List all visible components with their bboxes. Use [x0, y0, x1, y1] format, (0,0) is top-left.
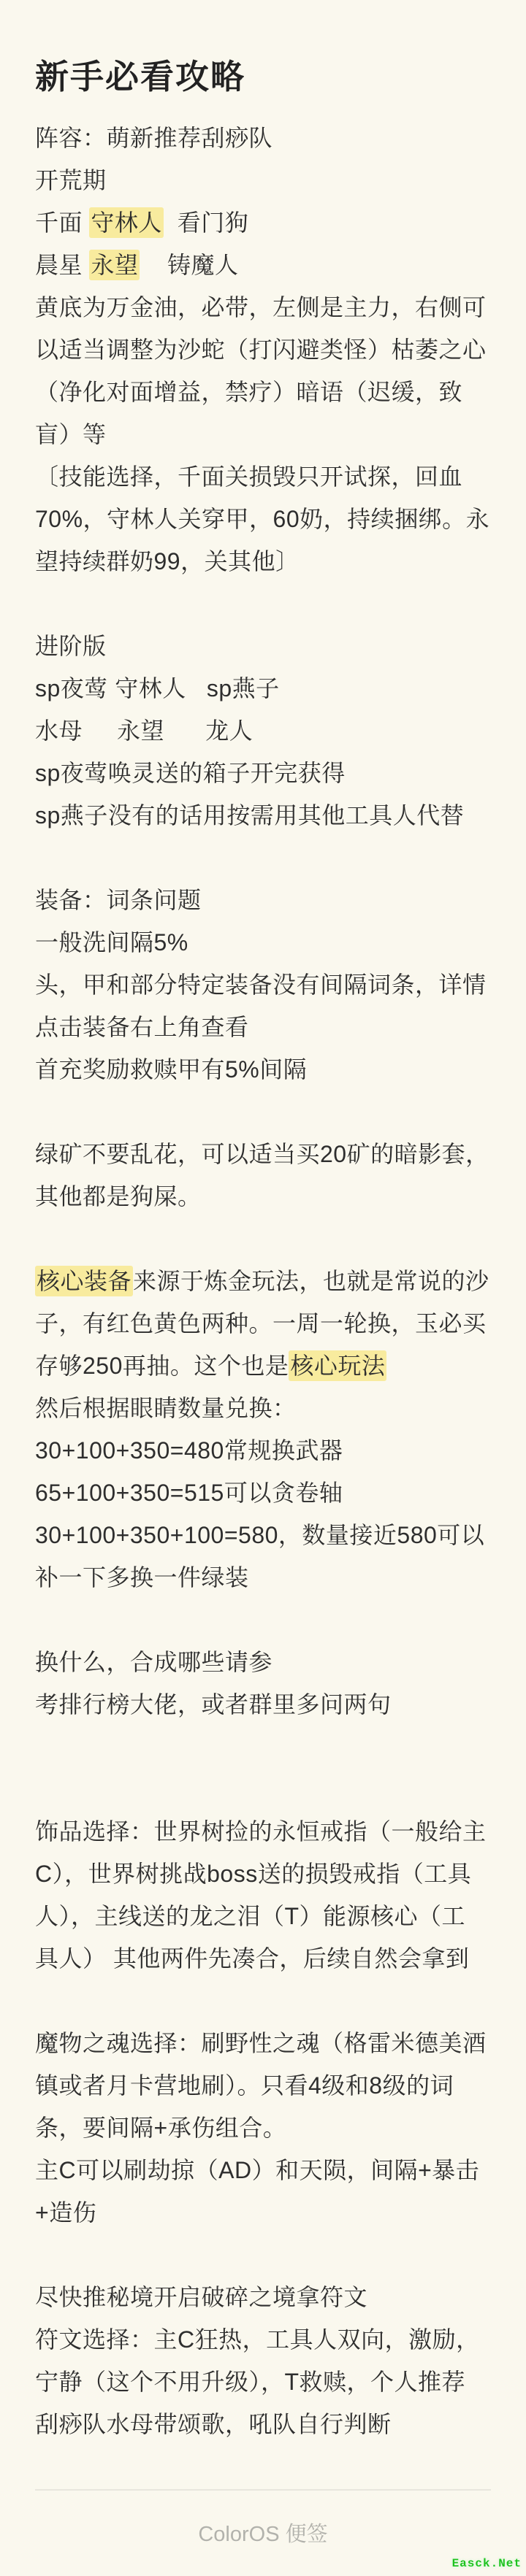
note-text-segment: 开荒期: [35, 167, 107, 193]
note-line: sp夜莺 守林人 sp燕子: [35, 667, 491, 710]
note-line: 点击装备右上角查看: [35, 1006, 491, 1048]
highlighted-text: 核心玩法: [289, 1350, 386, 1381]
note-line: 核心装备来源于炼金玩法，也就是常说的沙: [35, 1260, 491, 1302]
note-text-segment: 魔物之魂选择：刷野性之魂（格雷米德美酒: [35, 2030, 487, 2056]
note-line: 宁静（这个不用升级），T救赎，个人推荐: [35, 2361, 491, 2403]
note-text-segment: 刮痧队水母带颂歌，吼队自行判断: [35, 2411, 392, 2437]
note-line: （净化对面增益，禁疗）暗语（迟缓，致: [35, 371, 491, 413]
note-line: [35, 2234, 491, 2276]
note-text-segment: 头，甲和部分特定装备没有间隔词条，详情: [35, 972, 487, 998]
note-text-segment: 宁静（这个不用升级），T救赎，个人推荐: [35, 2369, 465, 2395]
note-text-segment: 具人） 其他两件先凑合，后续自然会拿到: [35, 1945, 469, 1972]
note-text-segment: 换什么，合成哪些请参: [35, 1649, 272, 1675]
note-line: [35, 1218, 491, 1260]
highlighted-text: 核心装备: [35, 1266, 133, 1296]
note-line: 65+100+350=515可以贪卷轴: [35, 1472, 491, 1514]
note-text-segment: +造伤: [35, 2199, 96, 2226]
note-text-segment: 其他都是狗屎。: [35, 1183, 202, 1210]
note-text-segment: sp夜莺 守林人 sp燕子: [35, 675, 280, 701]
note-line: 人），主线送的龙之泪（T）能源核心（工: [35, 1895, 491, 1937]
note-text-segment: 望持续群奶99，关其他〕: [35, 548, 300, 574]
note-text-segment: 存够250再抽。这个也是: [35, 1353, 289, 1379]
note-line: 尽快推秘境开启破碎之境拿符文: [35, 2276, 491, 2318]
note-text-segment: 一般洗间隔5%: [35, 929, 188, 956]
note-line: 〔技能选择，千面关损毁只开试探，回血: [35, 455, 491, 498]
note-text-segment: 黄底为万金油，必带，左侧是主力，右侧可: [35, 294, 487, 320]
note-line: 存够250再抽。这个也是核心玩法: [35, 1345, 491, 1387]
note-text-segment: 盲）等: [35, 421, 107, 447]
note-line: [35, 1726, 491, 1768]
note-line: 刮痧队水母带颂歌，吼队自行判断: [35, 2403, 491, 2445]
footer-divider: [35, 2489, 491, 2491]
note-text-segment: 补一下多换一件绿装: [35, 1564, 249, 1591]
highlighted-text: 守林人: [89, 207, 164, 238]
note-page: 新手必看攻略 阵容：萌新推荐刮痧队开荒期千面 守林人 看门狗晨星 永望 铸魔人黄…: [0, 0, 526, 2576]
note-text-segment: 首充奖励救赎甲有5%间隔: [35, 1056, 307, 1083]
note-line: 一般洗间隔5%: [35, 921, 491, 964]
note-line: [35, 1980, 491, 2022]
note-text-segment: sp燕子没有的话用按需用其他工具人代替: [35, 802, 464, 828]
note-text-segment: 尽快推秘境开启破碎之境拿符文: [35, 2284, 367, 2310]
note-line: 符文选择：主C狂热，工具人双向，激励，: [35, 2318, 491, 2361]
note-line: [35, 583, 491, 625]
note-body[interactable]: 阵容：萌新推荐刮痧队开荒期千面 守林人 看门狗晨星 永望 铸魔人黄底为万金油，必…: [35, 117, 491, 2445]
note-title[interactable]: 新手必看攻略: [35, 0, 491, 99]
note-line: 条，要间隔+承伤组合。: [35, 2107, 491, 2149]
watermark: Easck.Net: [452, 2557, 522, 2570]
note-line: 饰品选择：世界树捡的永恒戒指（一般给主: [35, 1810, 491, 1853]
note-line: 晨星 永望 铸魔人: [35, 244, 491, 286]
note-text-segment: 然后根据眼睛数量兑换：: [35, 1395, 297, 1421]
note-line: 镇或者月卡营地刷）。只看4级和8级的词: [35, 2064, 491, 2107]
note-line: 盲）等: [35, 413, 491, 455]
note-line: 进阶版: [35, 625, 491, 667]
note-text-segment: 铸魔人: [140, 252, 238, 278]
note-text-segment: 65+100+350=515可以贪卷轴: [35, 1480, 343, 1506]
note-text-segment: 人），主线送的龙之泪（T）能源核心（工: [35, 1903, 465, 1929]
note-line: [35, 1599, 491, 1641]
note-text-segment: 考排行榜大佬，或者群里多问两句: [35, 1691, 392, 1718]
note-text-segment: 主C可以刷劫掠（AD）和天陨，间隔+暴击: [35, 2157, 479, 2183]
note-text-segment: 符文选择：主C狂热，工具人双向，激励，: [35, 2326, 480, 2353]
note-line: 望持续群奶99，关其他〕: [35, 540, 491, 583]
note-text-segment: 晨星: [35, 252, 89, 278]
note-line: [35, 1091, 491, 1133]
note-line: sp夜莺唤灵送的箱子开完获得: [35, 752, 491, 794]
note-line: 30+100+350+100=580，数量接近580可以: [35, 1514, 491, 1556]
note-line: 装备：词条问题: [35, 879, 491, 921]
note-text-segment: 30+100+350=480常规换武器: [35, 1437, 343, 1464]
note-line: 黄底为万金油，必带，左侧是主力，右侧可: [35, 286, 491, 328]
note-line: 换什么，合成哪些请参: [35, 1641, 491, 1683]
note-line: 补一下多换一件绿装: [35, 1556, 491, 1599]
note-line: 具人） 其他两件先凑合，后续自然会拿到: [35, 1937, 491, 1980]
note-line: 子，有红色黄色两种。一周一轮换，玉必买: [35, 1302, 491, 1345]
note-text-segment: 条，要间隔+承伤组合。: [35, 2115, 286, 2141]
note-text-segment: 看门狗: [164, 209, 248, 236]
note-line: 水母 永望 龙人: [35, 710, 491, 752]
note-line: 开荒期: [35, 159, 491, 201]
note-text-segment: （净化对面增益，禁疗）暗语（迟缓，致: [35, 379, 462, 405]
note-text-segment: 进阶版: [35, 633, 107, 659]
note-line: +造伤: [35, 2191, 491, 2234]
note-text-segment: 点击装备右上角查看: [35, 1014, 249, 1040]
note-text-segment: 装备：词条问题: [35, 887, 202, 913]
note-line: 以适当调整为沙蛇（打闪避类怪）枯萎之心: [35, 328, 491, 371]
note-line: 头，甲和部分特定装备没有间隔词条，详情: [35, 964, 491, 1006]
note-text-segment: 镇或者月卡营地刷）。只看4级和8级的词: [35, 2072, 454, 2099]
note-line: 千面 守林人 看门狗: [35, 201, 491, 244]
highlighted-text: 永望: [89, 250, 140, 280]
note-text-segment: 子，有红色黄色两种。一周一轮换，玉必买: [35, 1310, 487, 1337]
note-text-segment: 千面: [35, 209, 89, 236]
note-line: 70%，守林人关穿甲，60奶，持续捆绑。永: [35, 498, 491, 540]
note-line: 其他都是狗屎。: [35, 1175, 491, 1218]
note-text-segment: C），世界树挑战boss送的损毁戒指（工具: [35, 1861, 471, 1887]
note-text-segment: 绿矿不要乱花，可以适当买20矿的暗影套，: [35, 1141, 489, 1167]
note-text-segment: 30+100+350+100=580，数量接近580可以: [35, 1522, 484, 1548]
note-line: [35, 837, 491, 879]
note-line: 然后根据眼睛数量兑换：: [35, 1387, 491, 1429]
note-text-segment: 饰品选择：世界树捡的永恒戒指（一般给主: [35, 1818, 487, 1845]
note-line: [35, 1768, 491, 1810]
note-line: 30+100+350=480常规换武器: [35, 1429, 491, 1472]
note-line: 魔物之魂选择：刷野性之魂（格雷米德美酒: [35, 2022, 491, 2064]
note-text-segment: 〔技能选择，千面关损毁只开试探，回血: [35, 464, 462, 490]
note-line: 阵容：萌新推荐刮痧队: [35, 117, 491, 159]
note-text-segment: sp夜莺唤灵送的箱子开完获得: [35, 760, 346, 786]
note-line: sp燕子没有的话用按需用其他工具人代替: [35, 794, 491, 837]
note-text-segment: 以适当调整为沙蛇（打闪避类怪）枯萎之心: [35, 337, 487, 363]
note-line: C），世界树挑战boss送的损毁戒指（工具: [35, 1853, 491, 1895]
note-text-segment: 70%，守林人关穿甲，60奶，持续捆绑。永: [35, 506, 489, 532]
note-text-segment: 来源于炼金玩法，也就是常说的沙: [133, 1268, 489, 1294]
note-text-segment: 水母 永望 龙人: [35, 718, 253, 744]
app-footer-label: ColorOS 便签: [0, 2520, 526, 2549]
note-line: 主C可以刷劫掠（AD）和天陨，间隔+暴击: [35, 2149, 491, 2191]
note-line: 绿矿不要乱花，可以适当买20矿的暗影套，: [35, 1133, 491, 1175]
note-text-segment: 阵容：萌新推荐刮痧队: [35, 125, 272, 151]
note-line: 首充奖励救赎甲有5%间隔: [35, 1048, 491, 1091]
note-line: 考排行榜大佬，或者群里多问两句: [35, 1683, 491, 1726]
